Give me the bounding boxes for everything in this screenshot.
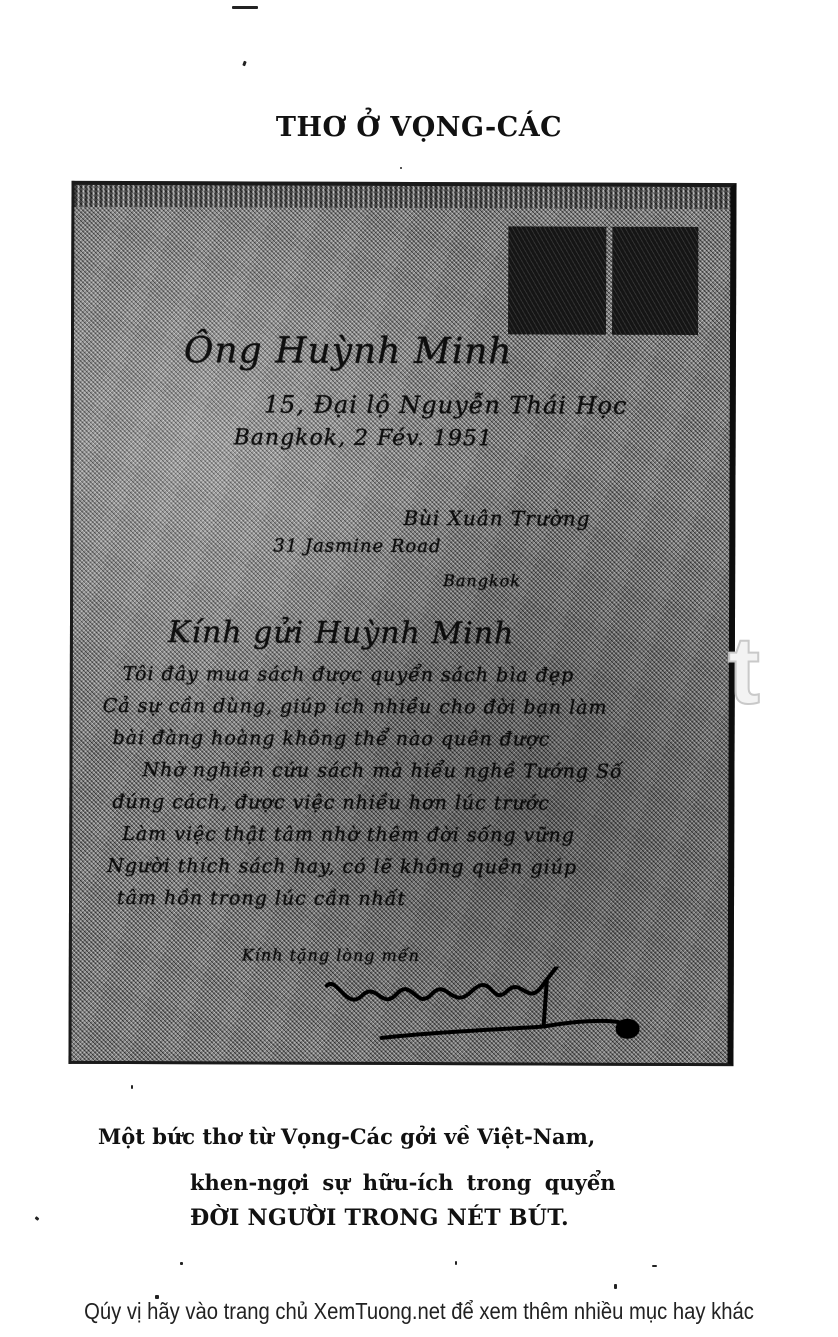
- home-page-link[interactable]: XemTuong.net: [314, 1298, 446, 1324]
- signature-icon: [322, 966, 652, 1047]
- scan-speck: [180, 1262, 183, 1265]
- handwritten-sender-address: 31 Jasmine Road: [273, 536, 441, 558]
- caption-book-title: ĐỜI NGƯỜI TRONG NÉT BÚT.: [190, 1205, 569, 1231]
- scan-speck: [35, 1216, 40, 1221]
- envelope-header-strip: [74, 185, 730, 209]
- scan-speck: [242, 61, 247, 67]
- handwritten-line: Làm việc thật tâm nhờ thêm đời sống vững: [122, 823, 575, 847]
- handwritten-line: đúng cách, được việc nhiều hơn lúc trước: [112, 791, 550, 815]
- scan-speck: [400, 167, 402, 169]
- handwritten-address: 15, Đại lộ Nguyễn Thái Học: [264, 391, 628, 420]
- scan-speck: [232, 6, 258, 9]
- handwritten-letter-body: Tôi đây mua sách được quyển sách bìa đẹp…: [103, 663, 703, 665]
- letter-photograph: Ông Huỳnh Minh 15, Đại lộ Nguyễn Thái Họ…: [68, 181, 736, 1066]
- handwritten-line: Người thích sách hay, có lẽ không quên g…: [107, 855, 577, 879]
- handwritten-line: bài đàng hoàng không thể nào quên được: [113, 727, 551, 751]
- scan-speck: [131, 1085, 133, 1089]
- postage-stamp-icon: [508, 226, 606, 334]
- footer-suffix: để xem thêm nhiều mục hay khác: [451, 1298, 754, 1324]
- handwritten-line: tâm hồn trong lúc cần nhất: [117, 887, 406, 910]
- scan-speck: [652, 1265, 657, 1267]
- handwritten-closing: Kính tặng lòng mến: [242, 945, 420, 965]
- handwritten-line: Nhờ nghiên cứu sách mà hiểu nghề Tướng S…: [142, 759, 622, 783]
- handwritten-sender-name: Bùi Xuân Trường: [403, 506, 590, 531]
- handwritten-line: Tôi đây mua sách được quyển sách bìa đẹp: [123, 663, 575, 687]
- handwritten-salutation: Kính gửi Huỳnh Minh: [168, 615, 515, 651]
- scan-speck: [455, 1261, 457, 1265]
- caption-line-1: Một bức thơ từ Vọng-Các gởi về Việt-Nam,: [98, 1124, 595, 1149]
- page-title: THƠ Ở VỌNG-CÁC: [0, 112, 838, 143]
- handwritten-sender-city: Bangkok: [443, 571, 521, 590]
- handwritten-city-date: Bangkok, 2 Fév. 1951: [234, 425, 493, 451]
- handwritten-line: Cả sự cần dùng, giúp ích nhiều cho đời b…: [103, 695, 608, 719]
- footer-banner: Qúy vị hãy vào trang chủ XemTuong.net để…: [50, 1298, 787, 1325]
- caption-line-2: khen-ngợi sự hữu-ích trong quyển: [190, 1170, 616, 1195]
- postage-stamp-icon: [612, 227, 698, 335]
- footer-prefix: Qúy vị hãy vào trang chủ: [84, 1298, 308, 1324]
- scan-speck: [614, 1284, 617, 1289]
- site-watermark: t: [728, 623, 760, 719]
- handwritten-addressee: Ông Huỳnh Minh: [184, 330, 513, 372]
